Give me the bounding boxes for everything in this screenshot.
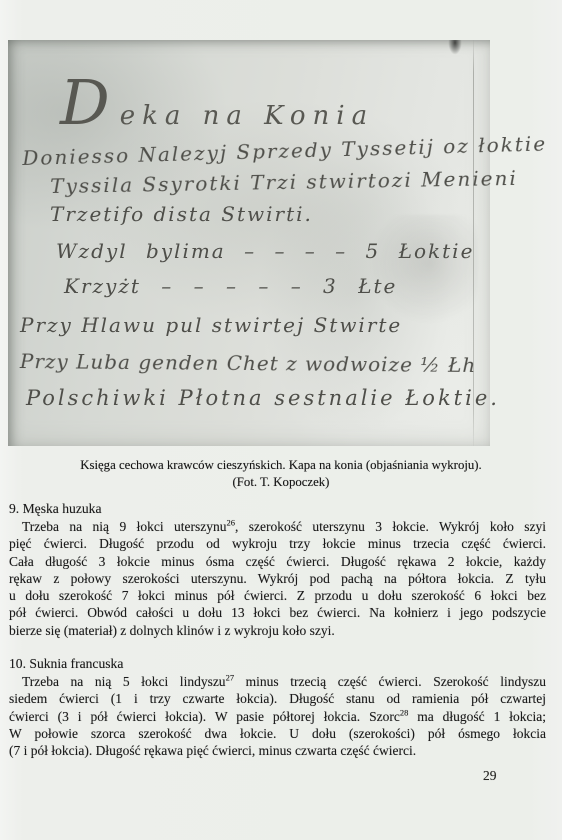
paragraph-line: siedem ćwierci (1 i trzy czwarte łokcia)… <box>9 690 546 707</box>
photo-credit: (Fot. T. Kopoczek) <box>0 474 562 491</box>
section-suknia-francuska: 10. Suknia francuska Trzeba na nią 5 łok… <box>9 655 546 759</box>
paragraph-line: (7 i pół łokcia). Długość rękawa pięć ćw… <box>9 742 546 759</box>
manuscript-line: Polschiwki Płotna sestnalie Łoktie. <box>26 386 500 410</box>
paragraph-line: W połowie szorca szerokość dwa łokcie. U… <box>9 725 546 742</box>
manuscript-line: Przy Hlawu pul stwirtej Stwirte <box>20 313 402 337</box>
section-body: Trzeba na nią 5 łokci lindyszu27 minus t… <box>9 673 546 759</box>
photo-caption-text: Księga cechowa krawców cieszyńskich. Kap… <box>0 457 562 474</box>
manuscript-photo: Deka na KoniaDoniesso Nalezyj Sprzedy Ty… <box>8 40 490 446</box>
book-page: Deka na KoniaDoniesso Nalezyj Sprzedy Ty… <box>0 0 562 840</box>
section-heading: 9. Męska huzuka <box>9 500 546 517</box>
photo-stain <box>358 215 478 335</box>
manuscript-line: Tyssila Ssyrotki Trzi stwirtozi Menieni <box>50 166 518 198</box>
paragraph-line: Cała długość 3 łokcie minus ósma część ć… <box>9 553 546 570</box>
paragraph-line: rękaw z połowy szerokości uterszynu. Wyk… <box>9 570 546 587</box>
photo-caption: Księga cechowa krawców cieszyńskich. Kap… <box>0 457 562 491</box>
section-meska-huzuka: 9. Męska huzuka Trzeba na nią 9 łokci ut… <box>9 500 546 639</box>
section-heading: 10. Suknia francuska <box>9 655 546 672</box>
manuscript-line: Przy Luba genden Chet z wodwoize ½ Łh <box>20 349 477 377</box>
section-body: Trzeba na nią 9 łokci uterszynu26, szero… <box>9 518 546 639</box>
manuscript-line: Trzetifo dista Stwirti. <box>50 202 313 226</box>
paragraph-line: ćwierci (3 i pół ćwierci łokcia). W pasi… <box>9 708 546 725</box>
manuscript-line: Krzyżt – – – – – 3 Łte <box>64 274 397 298</box>
paragraph-line: pół ćwierci. Obwód całości u dołu 13 łok… <box>9 604 546 621</box>
paragraph-line: Trzeba na nią 9 łokci uterszynu26, szero… <box>9 518 546 535</box>
paragraph-line: u dołu szerokość 7 łokci minus pół ćwier… <box>9 587 546 604</box>
paragraph-line: bierze się (materiał) z dolnych klinów i… <box>9 622 546 639</box>
paragraph-line: pięć ćwierci. Długość przodu od wykroju … <box>9 535 546 552</box>
page-number: 29 <box>483 768 497 784</box>
paragraph-line: Trzeba na nią 5 łokci lindyszu27 minus t… <box>9 673 546 690</box>
photo-fold-line <box>473 40 474 446</box>
photo-smudge <box>446 40 464 66</box>
